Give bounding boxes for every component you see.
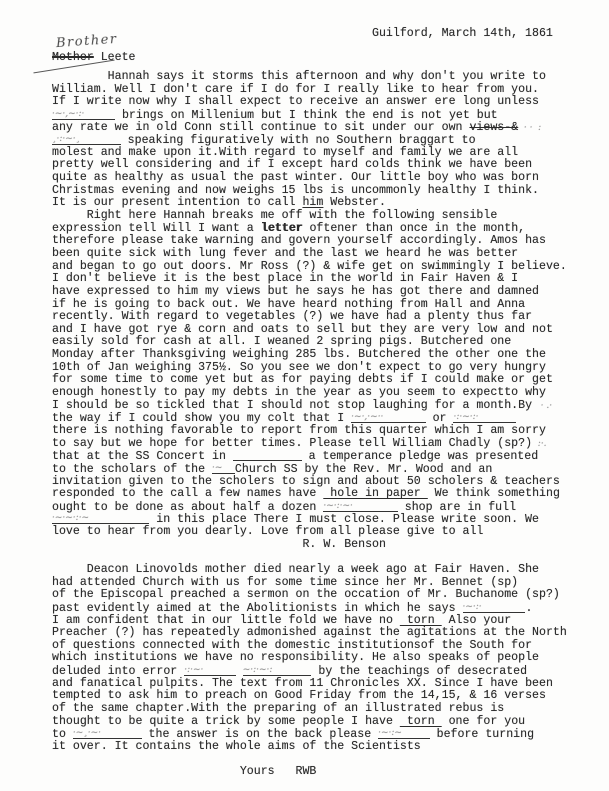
text-run: any rate we in old Conn still continue t… [52, 121, 469, 134]
text-run: invitation given to the scholers to sign… [52, 475, 560, 488]
text-run: 10th of Jan weighing 375½. So you see we… [52, 361, 546, 374]
blank-underline: ·~ [212, 463, 235, 474]
blank-underline: ·~·:·~· [323, 501, 397, 512]
letter-line: responded to the call a few names have h… [52, 488, 567, 501]
text-run: for some time to come yet but as for pay… [52, 373, 553, 386]
text-run: have expressed to him my views but he sa… [52, 285, 539, 298]
blank-underline [233, 450, 302, 461]
pencil-annotation: · .· [532, 401, 552, 411]
text-run: Webster. [323, 196, 386, 209]
text-run: . [525, 602, 532, 615]
text-run: there is nothing favorable to report fro… [52, 424, 546, 437]
text-run: Hannah says it storms this afternoon and… [52, 70, 546, 83]
text-run: which institutions we have no responsibi… [52, 651, 539, 664]
text-run: letter [261, 222, 303, 235]
text-run: pretty well considering and if I except … [52, 158, 532, 171]
letter-line: thought to be quite a trick by some peop… [52, 716, 567, 729]
text-run: ought to be done as about half a dozen [52, 501, 323, 514]
text-run: It is our present intention to call [52, 196, 302, 209]
blank-underline: ·:·~·:· [453, 412, 516, 423]
letter-line: R. W. Benson [52, 539, 567, 552]
text-run: one for you [442, 715, 526, 728]
text-run: expression tell Will I want a [52, 222, 261, 235]
text-run: and fanatical pulpits. The text from 11 … [52, 677, 553, 690]
letter-line: it over. It contains the whole aims of t… [52, 741, 567, 754]
letter-body: Hannah says it storms this afternoon and… [52, 71, 567, 779]
text-run: William. Well I don't care if I do for I… [52, 83, 539, 96]
text-run: I should be so tickled that I should not… [52, 399, 532, 412]
text-run: tempted to ask him to preach on Good Fri… [52, 689, 546, 702]
text-run: had attended Church with us for some tim… [52, 576, 518, 589]
text-run: of questions connected with the domestic… [52, 639, 532, 652]
text-run: Preacher (?) has repeatedly admonished a… [52, 626, 567, 639]
text-run: before turning [430, 728, 534, 741]
letter-line: that at the SS Concert in a temperance p… [52, 450, 567, 463]
text-run: of the same chapter.With the preparing o… [52, 702, 504, 715]
letter-line: If I write now why I shall expect to rec… [52, 96, 567, 109]
text-run: We think something [428, 487, 560, 500]
struck-salutation-word: Mother [52, 51, 94, 64]
blank-underline: ·~·:~ [378, 728, 430, 739]
letter-line: to say but we hope for better times. Ple… [52, 438, 567, 451]
pencil-annotation: :·. [532, 439, 546, 449]
text-run: easily sold for cash at all. I weaned 2 … [52, 335, 511, 348]
text-run: been quite sick with lung fever and the … [52, 247, 518, 260]
text-run: Deacon Linovolds mother died nearly a we… [52, 563, 539, 576]
text-run: it over. It contains the whole aims of t… [52, 740, 421, 753]
text-run: that at the SS Concert in [52, 450, 233, 463]
blank-underline: ·:·~· [184, 665, 236, 676]
text-run: shop are in full [398, 501, 516, 514]
pencil-annotation: · · : [518, 123, 541, 133]
text-run: responded to the call a few names have [52, 487, 323, 500]
text-run: love to hear from you dearly. Love from … [52, 525, 483, 538]
text-run: views-& [469, 121, 518, 134]
letter-line: I should be so tickled that I should not… [52, 400, 567, 413]
text-run: therefore please take warning and govern… [52, 234, 546, 247]
letter-line: of the Episcopal preached a sermon on th… [52, 589, 567, 602]
text-run: oftener than once in the month, [302, 222, 525, 235]
text-run: torn [400, 715, 442, 728]
letter-line: any rate we in old Conn still continue t… [52, 122, 567, 135]
dateline: Guilford, March 14th, 1861 [372, 27, 553, 40]
text-run: and I have got rye & corn and oats to se… [52, 323, 553, 336]
text-run: torn [400, 614, 442, 627]
letter-line: ought to be done as about half a dozen ·… [52, 501, 567, 514]
text-run: molest and make upon it.With regard to m… [52, 146, 518, 159]
text-run: thought to be quite a trick by some peop… [52, 715, 400, 728]
text-run: If I write now why I shall expect to rec… [52, 95, 539, 108]
text-run: and began to go out doors. Mr Ross (?) &… [52, 260, 567, 273]
text-run: R. W. Benson [52, 538, 386, 551]
letter-page: Guilford, March 14th, 1861 Brother Mothe… [0, 0, 609, 791]
letter-line: which institutions we have no responsibi… [52, 652, 567, 665]
blank-underline: ¸·:·~·¸ [52, 134, 121, 145]
text-run: of the Episcopal preached a sermon on th… [52, 588, 560, 601]
text-run: hole in paper [323, 487, 427, 500]
handwritten-salutation: Brother [56, 32, 119, 51]
text-run: I am confident that in our little fold w… [52, 614, 400, 627]
text-run: if he is going to back out. We have hear… [52, 298, 525, 311]
text-run: quite as healthy as usual the past winte… [52, 171, 539, 184]
text-run: Monday after Thanksgiving weighing 285 l… [52, 348, 546, 361]
blank-underline: ·~·~·:·~ [52, 513, 149, 524]
text-run: recently. With regard to vegetables (?) … [52, 310, 532, 323]
text-run: Also your [442, 614, 512, 627]
text-run: Christmas evening and now weighs 15 lbs … [52, 184, 539, 197]
text-run: Yours RWB [52, 765, 316, 778]
text-run: a temperance pledge was presented [302, 450, 539, 463]
blank-underline: ·~¸·~· [73, 728, 142, 739]
text-run: Right here Hannah breaks me off with the… [52, 209, 497, 222]
text-run: to say but we hope for better times. Ple… [52, 437, 532, 450]
blank-underline: ·~·:· [463, 602, 526, 613]
text-run: enough honestly to pay my debts in the y… [52, 386, 546, 399]
blank-underline: ·~·,~·:· [52, 109, 115, 120]
blank-underline: ~·:·~·: [243, 665, 312, 676]
blank-underline: ·~·,·~·· [351, 412, 425, 423]
letter-line: Yours RWB [52, 766, 567, 779]
text-run: him [302, 196, 323, 209]
text-run: I don't believe it is the best place in … [52, 272, 518, 285]
